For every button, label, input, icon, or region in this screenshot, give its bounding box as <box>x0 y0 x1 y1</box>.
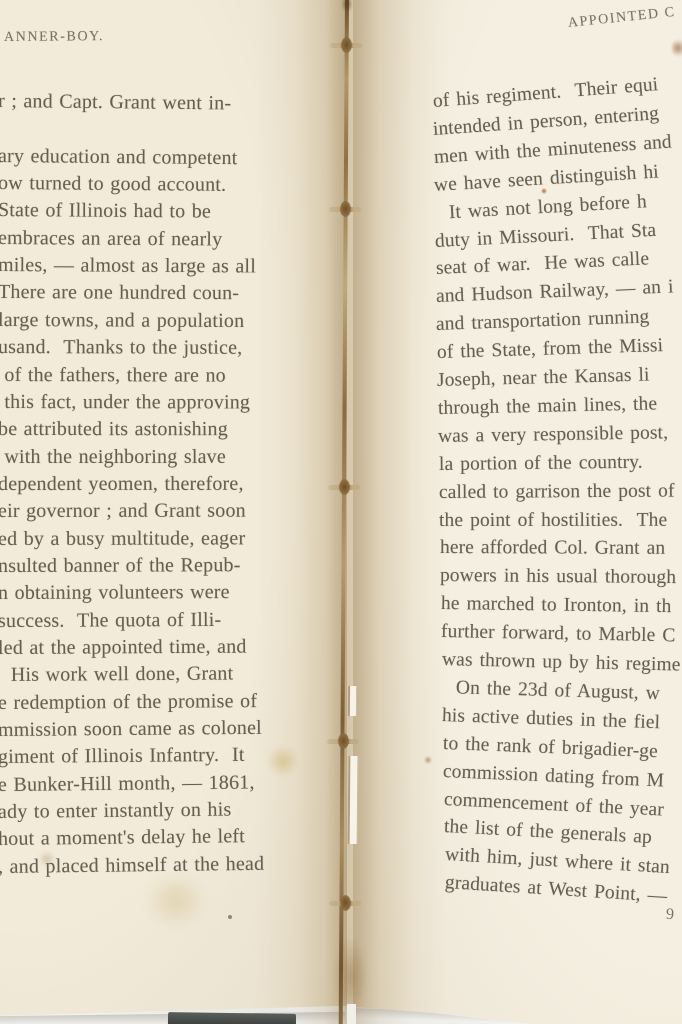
text-line: his active duties in the fiel <box>442 705 661 734</box>
text-line: seat of war. He was calle <box>435 249 649 281</box>
text-line: dependent yeomen, therefore, <box>0 473 244 496</box>
text-line: It was not long before h <box>434 191 647 225</box>
text-line: His work well done, Grant <box>0 663 233 688</box>
text-line: powers in his usual thorough <box>440 565 676 589</box>
text-line: with the neighboring slave <box>0 446 226 469</box>
text-line: ow turned to good account. <box>0 172 226 197</box>
text-line: was thrown up by his regime <box>441 649 680 677</box>
text-line: was a very responsible post, <box>438 422 668 448</box>
text-line: , and placed himself at the head <box>0 853 264 879</box>
text-line: and Hudson Railway, — an i <box>436 277 674 309</box>
text-line: this fact, under the approving <box>0 391 250 414</box>
right-page-header: APPOINTED C <box>567 5 676 32</box>
text-line: ary education and competent <box>0 145 238 170</box>
text-line: here afforded Col. Grant an <box>440 537 665 560</box>
text-line: and transportation running <box>436 307 650 337</box>
text-line: the point of hostilities. The <box>439 509 667 531</box>
text-line: the list of the generals ap <box>444 816 653 849</box>
text-line: graduates at West Point, — <box>444 872 668 908</box>
text-line: of the fathers, there are no <box>0 364 226 388</box>
open-book-photo: ANNER-BOY. APPOINTED C r ; and Capt. Gra… <box>0 0 682 1024</box>
text-line: mmission soon came as colonel <box>0 717 262 742</box>
text-line: called to garrison the post of <box>439 480 675 503</box>
text-line: n obtaining volunteers were <box>0 581 230 605</box>
text-line: la portion of the country. <box>438 451 642 475</box>
text-line: miles, — almost as large as all <box>0 254 256 278</box>
page-number: 9 <box>666 906 675 924</box>
text-line: to the rank of brigadier-ge <box>442 733 658 763</box>
text-line: be attributed its astonishing <box>0 418 228 441</box>
text-line: ady to enter instantly on his <box>0 799 232 824</box>
text-line: nsulted banner of the Repub- <box>0 554 241 578</box>
text-line: State of Illinois had to be <box>0 199 211 224</box>
text-line: e redemption of the promise of <box>0 690 257 715</box>
text-line: embraces an area of nearly <box>0 227 222 251</box>
text-line: eir governor ; and Grant soon <box>0 500 246 523</box>
text-line: ed by a busy multitude, eager <box>0 527 245 551</box>
text-line: r ; and Capt. Grant went in- <box>0 90 231 115</box>
text-line: through the main lines, the <box>437 393 657 420</box>
text-line: led at the appointed time, and <box>0 636 247 660</box>
text-line: There are one hundred coun- <box>0 281 239 305</box>
text-line: commencement of the year <box>443 789 664 822</box>
text-line: Joseph, near the Kansas li <box>437 365 650 392</box>
text-line: success. The quota of Illi- <box>0 609 221 633</box>
text-layer: ANNER-BOY. APPOINTED C r ; and Capt. Gra… <box>0 0 682 1024</box>
text-line: usand. Thanks to the justice, <box>0 336 242 360</box>
text-line: hout a moment's delay he left <box>0 826 245 852</box>
book-edge-shadow <box>168 1012 296 1024</box>
page-gap <box>347 1004 356 1024</box>
text-line: On the 23d of August, w <box>442 677 661 705</box>
text-line: duty in Missouri. That Sta <box>435 219 657 252</box>
text-line: giment of Illinois Infantry. It <box>0 744 245 769</box>
text-line: further forward, to Marble C <box>441 621 676 647</box>
left-page-header: ANNER-BOY. <box>4 29 104 46</box>
text-line: large towns, and a population <box>0 309 244 333</box>
text-line: e Bunker-Hill month, — 1861, <box>0 771 255 797</box>
text-line: of the State, from the Missi <box>437 335 664 364</box>
text-line: commission dating from M <box>443 761 665 793</box>
text-line: he marched to Ironton, in th <box>441 593 672 618</box>
